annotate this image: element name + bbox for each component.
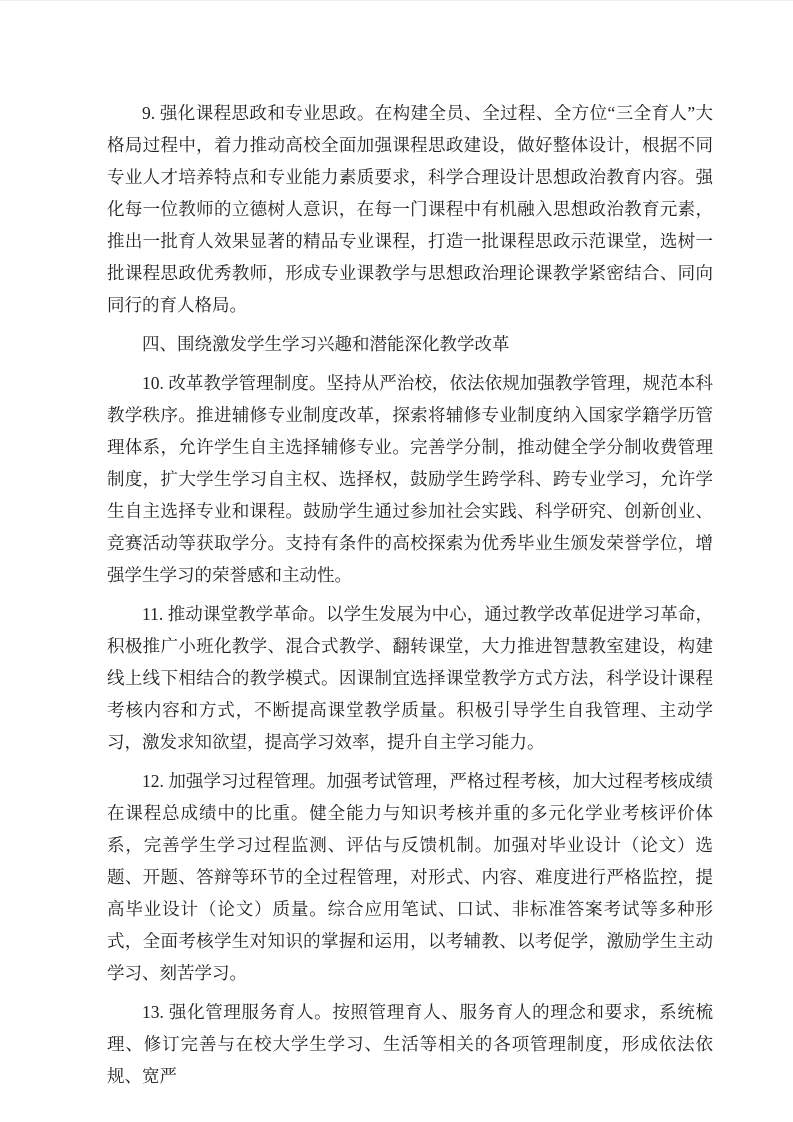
section-heading-4: 四、围绕激发学生学习兴趣和潜能深化教学改革 — [107, 328, 713, 360]
document-text-block: 9. 强化课程思政和专业思政。在构建全员、全过程、全方位“三全育人”大格局过程中… — [107, 1, 713, 1092]
paragraph-12: 12. 加强学习过程管理。加强考试管理，严格过程考核，加大过程考核成绩在课程总成… — [107, 765, 713, 989]
paragraph-10: 10. 改革教学管理制度。坚持从严治校，依法依规加强教学管理，规范本科教学秩序。… — [107, 367, 713, 591]
document-page: 9. 强化课程思政和专业思政。在构建全员、全过程、全方位“三全育人”大格局过程中… — [0, 0, 793, 1122]
paragraph-9: 9. 强化课程思政和专业思政。在构建全员、全过程、全方位“三全育人”大格局过程中… — [107, 97, 713, 321]
paragraph-13-truncated: 13. 强化管理服务育人。按照管理育人、服务育人的理念和要求，系统梳理、修订完善… — [107, 996, 713, 1092]
paragraph-11: 11. 推动课堂教学革命。以学生发展为中心，通过教学改革促进学习革命，积极推广小… — [107, 598, 713, 758]
